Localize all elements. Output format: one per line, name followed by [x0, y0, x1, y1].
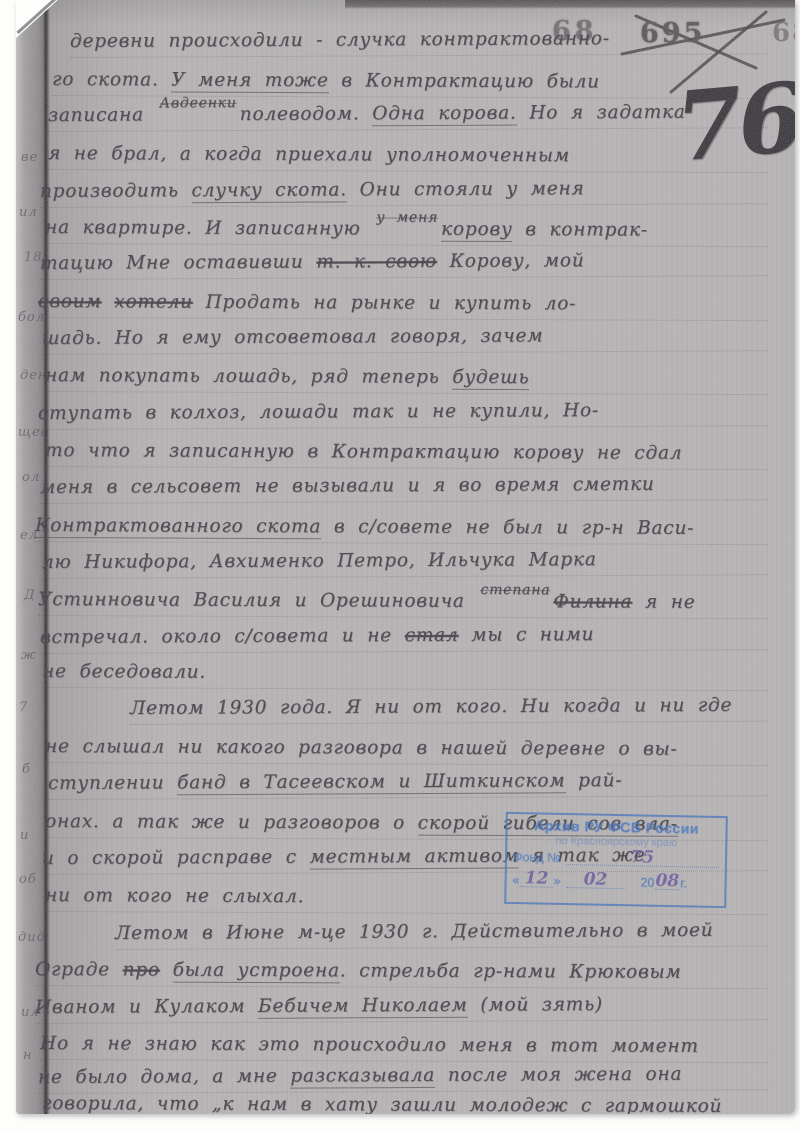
text-line: Ограде про была устроена. стрельба гр-на…: [35, 958, 768, 989]
text-segment: рай-: [565, 770, 622, 791]
text-segment: Но я задатка: [517, 102, 686, 124]
text-line: Летом 1930 года. Я ни от кого. Ни когда …: [130, 694, 768, 725]
text-segment: в Контрактацию были: [329, 70, 600, 92]
text-segment: Продать на рынке и купить ло-: [193, 292, 576, 315]
text-segment: шадь. Но я ему отсоветовал говоря, зачем: [42, 325, 544, 349]
text-line: Летом в Июне м-це 1930 г. Действительно …: [115, 919, 768, 950]
text-segment: ни от кого не слыхал.: [45, 885, 304, 907]
text-line: записана Авдеенкиполеводом. Одна корова.…: [48, 100, 768, 132]
archive-stamp: Архив РУ ФСБ России по Красноярскому кра…: [504, 812, 728, 908]
text-line: своим хотели Продать на рынке и купить л…: [38, 290, 768, 321]
text-segment: я не брал, а когда приехали уполномоченн…: [48, 143, 570, 166]
text-line: производить случку скота. Они стояли у м…: [40, 176, 768, 208]
text-line: на квартире. И записанную у менякорову в…: [45, 216, 768, 247]
text-segment: Ограде: [35, 959, 123, 980]
text-line: не беседовали.: [42, 660, 768, 691]
paper-sheet: веил18болденщеволелДж7биобдидилн 68 695 …: [16, 0, 795, 1114]
text-line: не было дома, а мне разсказывала после м…: [38, 1062, 768, 1094]
text-segment: . стрельба гр-нами Крюковым: [340, 960, 682, 982]
text-segment: говорила, что „к нам в хату зашли молоде…: [42, 1093, 722, 1114]
text-segment: (мой зять): [468, 994, 603, 1016]
text-segment: ступать в колхоз, лошади так и не купили…: [38, 400, 599, 424]
stamp-month: 02: [583, 869, 607, 889]
struck-word: стал: [405, 625, 459, 646]
struck-word: Филина: [553, 591, 632, 612]
text-segment: тацию Мне оставивши: [40, 252, 316, 274]
text-segment: Они стояли у меня: [347, 178, 585, 200]
text-segment: не слышал ни какого разговора в нашей де…: [45, 736, 678, 760]
stamp-year: 08: [655, 871, 679, 891]
text-segment: и о скорой расправе с: [42, 847, 310, 869]
text-segment: Летом в Июне м-це 1930 г. Действительно …: [115, 920, 714, 944]
text-segment: разсказывала: [290, 1065, 435, 1089]
text-segment: встречал. около с/совета и не: [40, 625, 405, 648]
text-line: встречал. около с/совета и не стал мы с …: [40, 622, 768, 654]
text-segment: Летом 1930 года. Я ни от кого. Ни когда …: [130, 695, 732, 719]
text-segment: корову: [441, 219, 513, 242]
text-line: ступать в колхоз, лошади так и не купили…: [38, 398, 768, 430]
text-segment: производить: [40, 180, 192, 202]
text-line: нам покупать лошадь, ряд теперь будешь: [45, 364, 768, 395]
text-segment: мы с ними: [459, 624, 595, 646]
text-segment: не было дома, а мне: [38, 1066, 291, 1088]
struck-word: своим: [38, 291, 102, 312]
text-segment: У меня тоже: [171, 70, 328, 94]
text-segment: деревни происходили - случка контрактова…: [70, 28, 610, 52]
text-segment: будешь: [452, 367, 529, 390]
text-segment: Устинновича Василия и Орешиновича: [38, 589, 477, 612]
inserted-word: степана: [480, 590, 550, 591]
text-line: шадь. Но я ему отсоветовал говоря, зачем: [42, 323, 768, 355]
text-line: Контрактованного скота в с/совете не был…: [35, 514, 768, 545]
text-line: ступлении банд в Тасеевском и Шиткинском…: [48, 768, 768, 800]
struck-word: хотели: [114, 291, 193, 312]
text-segment: то что я записанную в Контрактацию коров…: [45, 440, 682, 464]
stamp-year-suffix: г.: [680, 876, 687, 890]
text-segment: после моя жена она: [435, 1064, 682, 1086]
manuscript-lines: деревни происходили - случка контрактова…: [16, 0, 795, 1114]
text-segment: банд в Тасеевском и Шиткинском: [177, 770, 565, 795]
text-segment: го скота.: [52, 69, 171, 91]
text-line: деревни происходили - случка контрактова…: [70, 26, 768, 58]
text-segment: Корову, мой: [437, 250, 585, 272]
text-segment: полеводом.: [240, 103, 373, 125]
text-line: тацию Мне оставивши т. к. свою Корову, м…: [40, 248, 768, 280]
text-line: Устинновича Василия и Орешиновича степан…: [38, 588, 768, 619]
text-line: Иваном и Кулаком Бебичем Николаем (мой з…: [35, 992, 768, 1024]
text-segment: Контрактованного скота: [35, 515, 321, 539]
text-line: лю Никифора, Авхименко Петро, Ильчука Ма…: [42, 547, 768, 579]
struck-word: т. к. свою: [316, 251, 437, 273]
text-segment: Иваном и Кулаком: [35, 996, 258, 1018]
text-line: говорила, что „к нам в хату зашли молоде…: [42, 1092, 768, 1114]
text-segment: [160, 960, 173, 981]
inserted-word: у меня: [376, 217, 438, 218]
text-segment: не беседовали.: [42, 661, 206, 683]
text-line: то что я записанную в Контрактацию коров…: [45, 439, 768, 470]
text-line: меня в сельсовет не вызывали и я во врем…: [40, 472, 768, 504]
stamp-quote-close: »: [553, 874, 560, 888]
text-segment: лю Никифора, Авхименко Петро, Ильчука Ма…: [42, 549, 597, 573]
text-segment: случку скота.: [191, 179, 347, 203]
text-segment: онах. а так же и разговоров о: [45, 811, 418, 834]
text-segment: местным активом: [309, 846, 519, 870]
text-line: я не брал, а когда приехали уполномоченн…: [48, 142, 768, 173]
text-line: Но я не знаю как это происходило меня в …: [40, 1032, 768, 1063]
text-segment: ступлении: [48, 772, 177, 794]
stamp-fond-label: Фонд №: [513, 850, 561, 865]
struck-word: про: [123, 959, 160, 980]
text-line: не слышал ни какого разговора в нашей де…: [45, 735, 768, 766]
text-segment: была устроена: [173, 960, 340, 984]
text-segment: Бебичем Николаем: [258, 995, 468, 1019]
text-segment: Но я не знаю как это происходило меня в …: [40, 1033, 699, 1057]
stamp-fond-value: 75: [630, 847, 654, 867]
stamp-region: по Красноярскому краю: [513, 834, 719, 850]
text-segment: меня в сельсовет не вызывали и я во врем…: [40, 474, 655, 498]
text-segment: я не: [632, 592, 695, 613]
text-segment: [102, 291, 115, 312]
text-segment: в с/совете не был и гр-н Васи-: [321, 516, 694, 539]
text-segment: записана: [48, 104, 157, 126]
text-segment: в контрак-: [512, 219, 648, 241]
text-segment: Одна корова.: [372, 103, 517, 127]
stamp-day: 12: [525, 868, 549, 888]
stamp-year-prefix: 20: [640, 875, 654, 889]
text-segment: на квартире. И записанную: [45, 217, 373, 239]
text-segment: нам покупать лошадь, ряд теперь: [45, 365, 452, 388]
inserted-word: Авдеенки: [159, 103, 236, 104]
